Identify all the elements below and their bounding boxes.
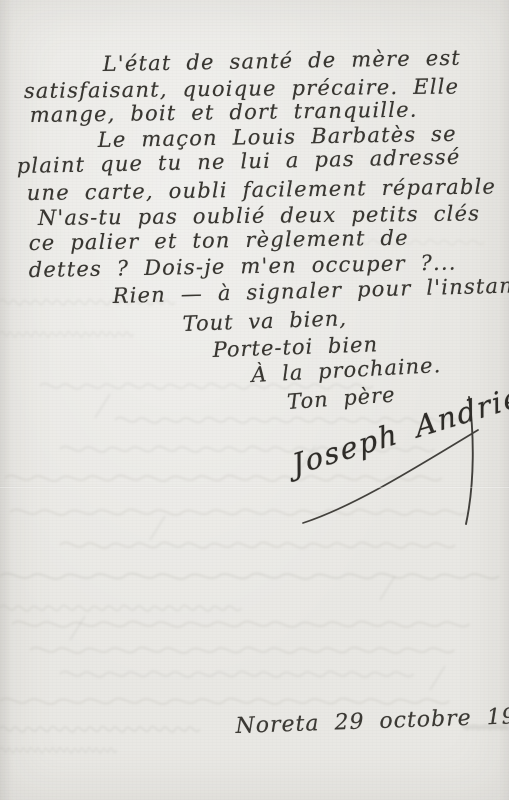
- closing-line-4: Ton père: [286, 382, 396, 414]
- letter-line-1: L'état de santé de mère est: [103, 46, 462, 76]
- letter-page: L'état de santé de mère est satisfaisant…: [0, 0, 509, 800]
- signature: Joseph Andrieul: [289, 369, 509, 482]
- paper-crease: [0, 486, 509, 489]
- letter-line-6: une carte, oubli facilement réparable: [27, 174, 497, 205]
- letter-line-7: N'as-tu pas oublié deux petits clés: [38, 201, 480, 230]
- letter-line-5: plaint que tu ne lui a pas adressé: [16, 145, 460, 178]
- date-line: Noreta 29 octobre 1933: [235, 703, 509, 739]
- letter-line-8: ce palier et ton règlement de: [29, 226, 409, 255]
- closing-line-1: Tout va bien,: [182, 306, 347, 336]
